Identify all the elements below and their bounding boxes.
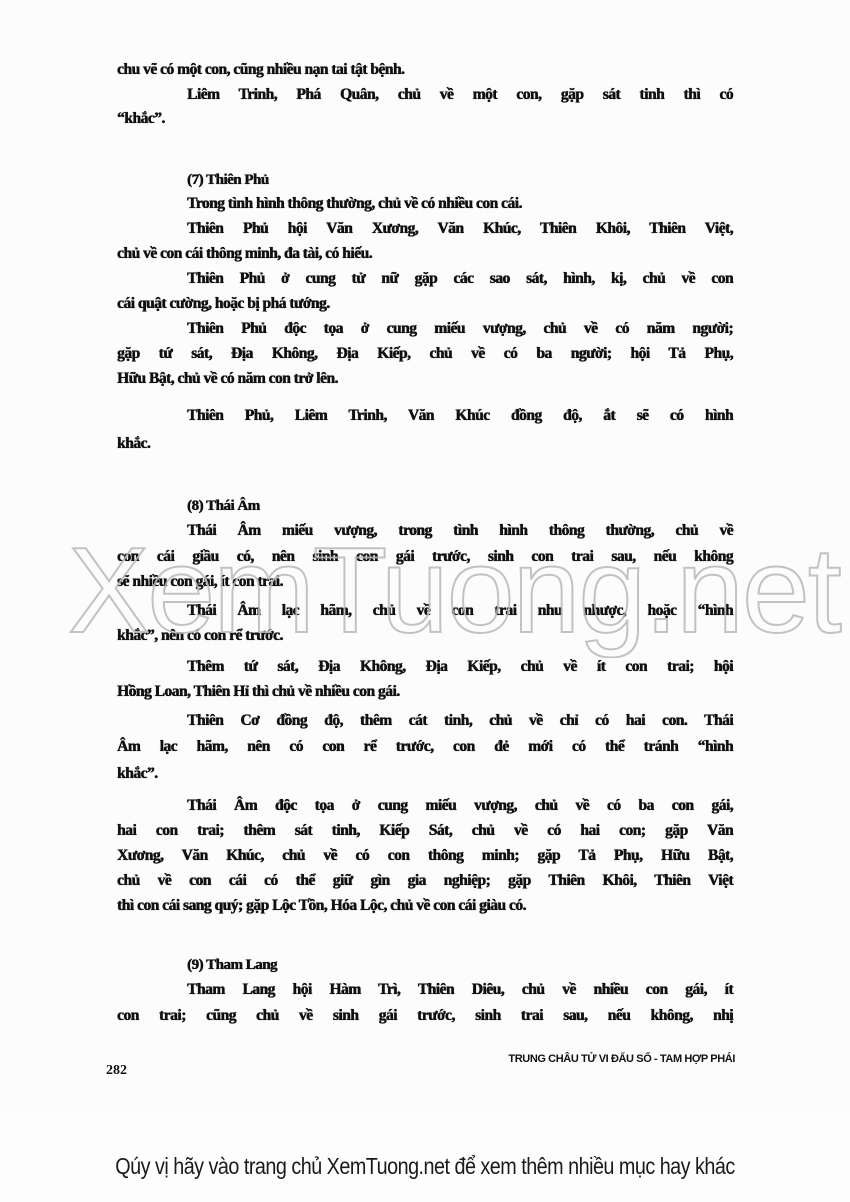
text-line: cái quật cường, hoặc bị phá tướng. — [117, 294, 733, 314]
text-line: Âm lạc hãm, nên có con rể trước, con đẻ … — [117, 737, 733, 757]
text-line: Liêm Trinh, Phá Quân, chủ về một con, gặ… — [117, 85, 733, 105]
text-line: con trai; cũng chủ về sinh gái trước, si… — [117, 1006, 733, 1026]
text-line: Thiên Phủ hội Văn Xương, Văn Khúc, Thiên… — [117, 219, 733, 239]
text-line: Thiên Phủ độc tọa ở cung miếu vượng, chủ… — [117, 319, 733, 339]
text-line: gặp tứ sát, Địa Không, Địa Kiếp, chủ về … — [117, 344, 733, 364]
text-line: khắc”. — [117, 764, 733, 784]
text-line: khắc. — [117, 434, 733, 454]
text-line: Thêm tứ sát, Địa Không, Địa Kiếp, chủ về… — [117, 657, 733, 677]
text-line: Xương, Văn Khúc, chủ về có con thông min… — [117, 846, 733, 866]
text-line: con cái giầu có, nên sinh con gái trước,… — [117, 547, 733, 567]
text-line: chủ về con cái có thể giữ gìn gia nghiệp… — [117, 871, 733, 891]
section-heading: (9) Tham Lang — [117, 955, 733, 975]
text-line: Hồng Loan, Thiên Hỉ thì chủ về nhiều con… — [117, 682, 733, 702]
text-line: hai con trai; thêm sát tinh, Kiếp Sát, c… — [117, 821, 733, 841]
text-line: Thái Âm miếu vượng, trong tình hình thôn… — [117, 521, 733, 541]
site-banner: Qúy vị hãy vào trang chủ XemTuong.net để… — [60, 1153, 791, 1180]
text-line: “khắc”. — [117, 109, 733, 129]
text-line: Thiên Phủ, Liêm Trinh, Văn Khúc đồng độ,… — [117, 406, 733, 426]
text-line: thì con cái sang quý; gặp Lộc Tồn, Hóa L… — [117, 896, 733, 916]
section-heading: (7) Thiên Phủ — [117, 170, 733, 190]
scanned-book-page: chu vẽ có một con, cũng nhiều nạn tai tậ… — [0, 0, 850, 1110]
text-line: khắc”, nên có con rể trước. — [117, 626, 733, 646]
text-line: Thái Âm lạc hãm, chủ về con trai nhu như… — [117, 601, 733, 621]
section-heading: (8) Thái Âm — [117, 496, 733, 516]
text-line: chủ về con cái thông minh, đa tài, có hi… — [117, 244, 733, 264]
text-line: Tham Lang hội Hàm Trì, Thiên Diêu, chủ v… — [117, 980, 733, 1000]
text-line: Thiên Cơ đồng độ, thêm cát tinh, chủ về … — [117, 711, 733, 731]
text-line: chu vẽ có một con, cũng nhiều nạn tai tậ… — [117, 60, 733, 80]
running-head: TRUNG CHÂU TỬ VI ĐẨU SỐ - TAM HỢP PHÁI — [410, 1053, 735, 1065]
page-number: 282 — [106, 1063, 127, 1079]
text-line: Trong tình hình thông thường, chủ về có … — [117, 194, 733, 214]
text-line: Thiên Phủ ở cung tử nữ gặp các sao sát, … — [117, 269, 733, 289]
text-line: Hữu Bật, chủ về có năm con trở lên. — [117, 369, 733, 389]
text-line: Thái Âm độc tọa ở cung miếu vượng, chủ v… — [117, 796, 733, 816]
text-line: sẽ nhiều con gái, ít con trai. — [117, 572, 733, 592]
